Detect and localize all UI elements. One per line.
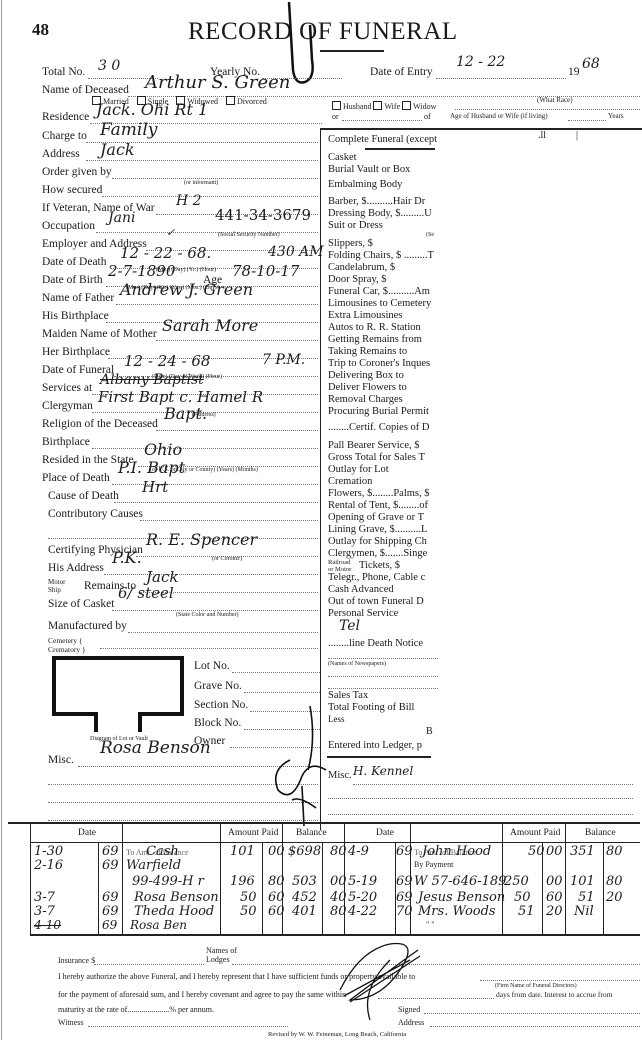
firm-name-field[interactable] [480, 974, 640, 981]
hour-of-death-value: 430 AM [268, 244, 324, 260]
name-of-deceased-value: Arthur S. Green [145, 72, 290, 93]
social-security-number: 441-34-3679 [215, 206, 311, 224]
charge-item-limousines[interactable]: Limousines to Cemetery [328, 298, 431, 309]
year-prefix: 19 [568, 66, 580, 78]
date-of-entry-label: Date of Entry [370, 66, 433, 78]
physician-address-value: P.K. [112, 548, 142, 567]
charge-item-out-of-town[interactable]: Out of town Funeral D [328, 596, 424, 607]
birthplace-label: Birthplace [42, 436, 90, 448]
misc-label: Misc. [48, 754, 74, 766]
charge-item-tickets[interactable]: Tickets, $ [359, 560, 400, 571]
ledger-col-rule [262, 842, 263, 934]
charge-item-folding-chairs[interactable]: Folding Chairs, $ .........T [328, 250, 434, 261]
ledger-header-date-right: Date [376, 828, 394, 838]
grave-no-label: Grave No. [194, 680, 242, 692]
cause-of-death-label: Cause of Death [48, 490, 119, 502]
ledger-col-rule [322, 842, 323, 934]
lot-diagram-box [52, 656, 186, 736]
title-underline [320, 50, 384, 52]
charge-item-pall-bearer[interactable]: Pall Bearer Service, $ [328, 440, 420, 451]
physician-address-label: His Address [48, 562, 104, 574]
divorced-checkbox[interactable]: Divorced [226, 97, 267, 106]
date-of-death-value: 12 - 22 - 68. [120, 244, 211, 262]
ledger-col-rule [30, 824, 31, 934]
charge-item-lining-grave[interactable]: Lining Grave, $..........L [328, 524, 427, 535]
services-at-value: Albany Baptist [100, 372, 204, 388]
grave-no-field[interactable] [244, 682, 320, 693]
cause-of-death-value: Hrt [142, 478, 168, 496]
her-birthplace-label: Her Birthplace [42, 346, 110, 358]
total-no-label: Total No. [42, 66, 85, 78]
size-of-casket-label: Size of Casket [48, 598, 114, 610]
date-of-entry-value: 12 - 22 [456, 54, 505, 70]
signature-scribble-footer [330, 930, 430, 1030]
charge-item-funeral-car[interactable]: Funeral Car, $..........Am [328, 286, 430, 297]
motor-ship-label: Motor Ship [48, 578, 66, 594]
how-secured-label: How secured [42, 184, 102, 196]
ssn-sublabel: (Social Security Number) [218, 232, 280, 238]
ledger-col-rule [565, 824, 566, 934]
lodges-field[interactable] [232, 958, 640, 965]
coroner-sublabel: (or Coroner) [212, 556, 242, 562]
age-spouse-label: Age of Husband or Wife (if living) [450, 112, 548, 120]
revised-by-text: Revised by W. W. Feineman, Long Beach, C… [268, 1031, 406, 1038]
charge-item-cash-advanced[interactable]: Cash Advanced [328, 584, 394, 595]
clergyman-label: Clergyman [42, 400, 93, 412]
age-value: 78-10-17 [232, 262, 299, 280]
veteran-war-label: If Veteran, Name of War [42, 202, 155, 214]
left-border [1, 0, 2, 1040]
order-given-by-field[interactable] [112, 168, 318, 179]
resided-in-state-value: Ohio [144, 440, 182, 459]
years-label: Years [608, 112, 624, 120]
newspaper-field-2[interactable] [328, 670, 438, 677]
contributory-causes-field[interactable] [140, 510, 318, 521]
charge-item-casket[interactable]: Casket [328, 152, 357, 163]
right-misc-value: H. Kennel [353, 764, 413, 778]
charge-item-telegr-phone[interactable]: Telegr., Phone, Cable c [328, 572, 425, 583]
ledger-col-rule [122, 824, 123, 934]
charge-item-cremation[interactable]: Cremation [328, 476, 372, 487]
ledger-divider [327, 756, 431, 758]
veteran-war-value: H 2 [176, 193, 202, 209]
payment-text: for the payment of aforesaid sum, and I … [58, 990, 346, 999]
manufactured-by-label: Manufactured by [48, 620, 127, 632]
signed-field[interactable] [424, 1007, 640, 1014]
age-spouse-field[interactable] [568, 114, 606, 121]
date-of-death-label: Date of Death [42, 256, 107, 268]
charge-item-autos-rr-station[interactable]: Autos to R. R. Station [328, 322, 421, 333]
residence-label: Residence [42, 111, 89, 123]
page-number: 48 [32, 20, 49, 40]
his-birthplace-label: His Birthplace [42, 310, 109, 322]
charge-item-door-spray[interactable]: Door Spray, $ [328, 274, 387, 285]
religion-value: Bapt. [164, 404, 207, 423]
ledger-left-row-2[interactable]: 2-16 69 Warfield [34, 858, 63, 873]
casket-sublabel: (State Color and Number) [176, 612, 238, 618]
right-misc-field-2[interactable] [328, 794, 633, 799]
complete-funeral-underline [365, 148, 435, 150]
date-of-birth-value: 2-7-1890 [108, 262, 175, 280]
address-value: Jack [100, 140, 135, 159]
newspaper-field-3[interactable] [328, 682, 438, 689]
ledger-left-row-1[interactable]: 1-30 69 Cash 101 00 $698 80 [34, 844, 63, 859]
newspaper-field[interactable] [328, 652, 438, 659]
entered-into-ledger[interactable]: Entered into Ledger, p [328, 740, 422, 751]
charge-item-getting-remains[interactable]: Getting Remains from [328, 334, 422, 345]
spouse-name-field[interactable] [342, 114, 422, 121]
suit-sublabel: (Se [426, 232, 434, 238]
insurance-label: Insurance $ [58, 956, 95, 965]
charge-to-label: Charge to [42, 130, 87, 142]
charge-item-taking-remains[interactable]: Taking Remains to [328, 346, 407, 357]
charge-item-opening-grave[interactable]: Opening of Grave or T [328, 512, 424, 523]
spouse-of-label: of [424, 112, 431, 121]
funeral-hour-value: 7 P.M. [262, 352, 305, 368]
mother-maiden-name-value: Sarah More [162, 316, 258, 335]
charge-item-flowers-palms[interactable]: Flowers, $........Palms, $ [328, 488, 430, 499]
wife-checkbox[interactable]: Wife [373, 102, 400, 111]
charge-item-clergymen[interactable]: Clergymen, $.......Singe [328, 548, 427, 559]
ledger-header-date-left: Date [78, 828, 96, 838]
right-misc-field[interactable] [353, 780, 633, 785]
widow-checkbox[interactable]: Widow [402, 102, 436, 111]
occupation-label: Occupation [42, 220, 95, 232]
charge-item-candelabrum[interactable]: Candelabrum, $ [328, 262, 395, 273]
charge-item-embalming[interactable]: Embalming Body [328, 179, 402, 190]
charge-item-dressing-body[interactable]: Dressing Body, $.........U [328, 208, 432, 219]
place-of-death-label: Place of Death [42, 472, 110, 484]
charge-item-coroners-inquest[interactable]: Trip to Coroner's Inques [328, 358, 430, 369]
employer-value: ✓ [166, 226, 175, 239]
charge-item-delivering-box[interactable]: Delivering Box to [328, 370, 404, 381]
ledger-left-row-5[interactable]: 3-7 69 Theda Hood 50 60 401 80 [34, 904, 55, 919]
charge-item-deliver-flowers[interactable]: Deliver Flowers to [328, 382, 407, 393]
charge-item-extra-limousines[interactable]: Extra Limousines [328, 310, 402, 321]
mother-maiden-name-label: Maiden Name of Mother [42, 328, 157, 340]
ledger-header-amount-left: Amount Paid [228, 828, 278, 838]
ledger-left-row-4[interactable]: 3-7 69 Rosa Benson 50 60 452 40 [34, 890, 55, 905]
contributory-causes-label: Contributory Causes [48, 508, 143, 520]
ledger-by-payment-label: By Payment [414, 860, 453, 869]
ledger-header-balance-left: Balance [296, 828, 327, 838]
witness-label: Witness [58, 1018, 83, 1027]
firm-name-sublabel: (Firm Name of Funeral Directors) [495, 983, 577, 989]
father-name-value: Andrew J. Green [120, 280, 253, 299]
witness-field[interactable] [88, 1020, 288, 1027]
charge-item-total-footing[interactable]: Total Footing of Bill [328, 702, 414, 713]
ledger-header-balance-right: Balance [585, 828, 616, 838]
name-of-deceased-label: Name of Deceased [42, 84, 129, 96]
days-text: days from date. Interest to accrue from [496, 990, 612, 999]
date-of-funeral-value: 12 - 24 - 68 [124, 352, 210, 370]
charge-item-rental-tent[interactable]: Rental of Tent, $........of [328, 500, 428, 511]
cemetery-field[interactable] [100, 642, 318, 649]
misc-value: Rosa Benson [100, 738, 211, 758]
charge-item-removal-charges[interactable]: Removal Charges [328, 394, 403, 405]
charge-item-death-notices[interactable]: ........line Death Notice [328, 638, 423, 649]
charge-item-slippers[interactable]: Slippers, $ [328, 238, 373, 249]
lot-no-field[interactable] [232, 662, 320, 673]
order-given-by-label: Order given by [42, 166, 112, 178]
railroad-motor-label: Railroad or Motor [328, 559, 351, 573]
ledger-left-row-6[interactable]: 4-10 69 Rosa Ben [34, 918, 61, 932]
ledger-right-row-1[interactable]: 4-9 69 John Hood 50 00 351 80 [348, 844, 369, 859]
race-field[interactable] [455, 103, 640, 110]
ledger-right-row-4[interactable]: 5-20 69 Jesus Benson 50 60 51 20 [348, 890, 377, 905]
maturity-text: maturity at the rate of.................… [58, 1005, 214, 1014]
ledger-right-row-6[interactable]: " " [426, 920, 435, 929]
newspapers-sublabel: (Names of Newspapers) [328, 661, 386, 667]
charge-item-burial-vault[interactable]: Burial Vault or Box [328, 164, 410, 175]
insurance-field[interactable] [94, 958, 204, 965]
religion-label: Religion of the Deceased [42, 418, 158, 430]
birthplace-field[interactable] [92, 438, 318, 449]
cemetery-crematory-label: Cemetery {Crematory } [48, 636, 86, 654]
address-label: Address [42, 148, 80, 160]
charge-item-less[interactable]: Less [328, 714, 345, 724]
total-no-value: 3 0 [98, 58, 120, 74]
year-value: 68 [582, 56, 600, 72]
place-of-death-value: P.I. Bapt [118, 458, 185, 477]
manufactured-by-field[interactable] [128, 622, 318, 633]
charge-item-burial-permit[interactable]: Procuring Burial Permit [328, 406, 429, 417]
personal-service-handwriting: Tel [339, 618, 360, 634]
lot-no-label: Lot No. [194, 660, 230, 672]
date-of-birth-label: Date of Birth [42, 274, 103, 286]
ledger-top-rule [8, 822, 640, 824]
certifying-physician-value: R. E. Spencer [146, 530, 257, 549]
right-misc-field-3[interactable] [328, 810, 633, 815]
ledger-header-amount-right: Amount Paid [510, 828, 560, 838]
services-at-label: Services at [42, 382, 92, 394]
charge-item-suit-or-dress[interactable]: Suit or Dress [328, 220, 383, 231]
size-of-casket-value: 6/ steel [118, 584, 174, 602]
charge-item-certif-copies[interactable]: ........Certif. Copies of D [328, 422, 430, 433]
ledger-col-rule [220, 824, 221, 934]
how-secured-field[interactable] [102, 186, 318, 197]
address-field-footer[interactable] [430, 1020, 640, 1027]
charge-item-outlay-lot[interactable]: Outlay for Lot [328, 464, 389, 475]
panel-tick-marks: .ll | [538, 130, 578, 141]
ledger-right-row-5[interactable]: 4-22 70 Mrs. Woods 51 20 Nil [348, 904, 377, 919]
husband-checkbox[interactable]: Husband [332, 102, 371, 111]
ledger-col-rule [98, 842, 99, 934]
spouse-status-row: Husband Wife Widow [332, 101, 436, 111]
charges-panel: Complete Funeral (except Casket Burial V… [320, 130, 642, 830]
right-misc-label: Misc. [328, 770, 352, 781]
charge-item-balance[interactable]: B [426, 726, 433, 737]
complete-funeral-header: Complete Funeral (except [328, 134, 437, 145]
charge-item-barber[interactable]: Barber, $..........Hair Dr [328, 196, 425, 207]
charge-item-gross-total[interactable]: Gross Total for Sales T [328, 452, 425, 463]
ledger-col-rule [603, 842, 604, 934]
residence-value: Jack. Ohi Rt 1 [96, 100, 208, 119]
occupation-value: Jani [108, 210, 135, 226]
ledger-right-row-3[interactable]: 5-19 69 W 57-646-189 250 00 101 80 [348, 874, 377, 889]
charge-to-value: Family [100, 120, 157, 140]
spouse-or-label: or [332, 112, 339, 121]
charge-item-outlay-shipping[interactable]: Outlay for Shipping Ch [328, 536, 427, 547]
charge-item-sales-tax[interactable]: Sales Tax [328, 690, 368, 701]
father-name-label: Name of Father [42, 292, 114, 304]
